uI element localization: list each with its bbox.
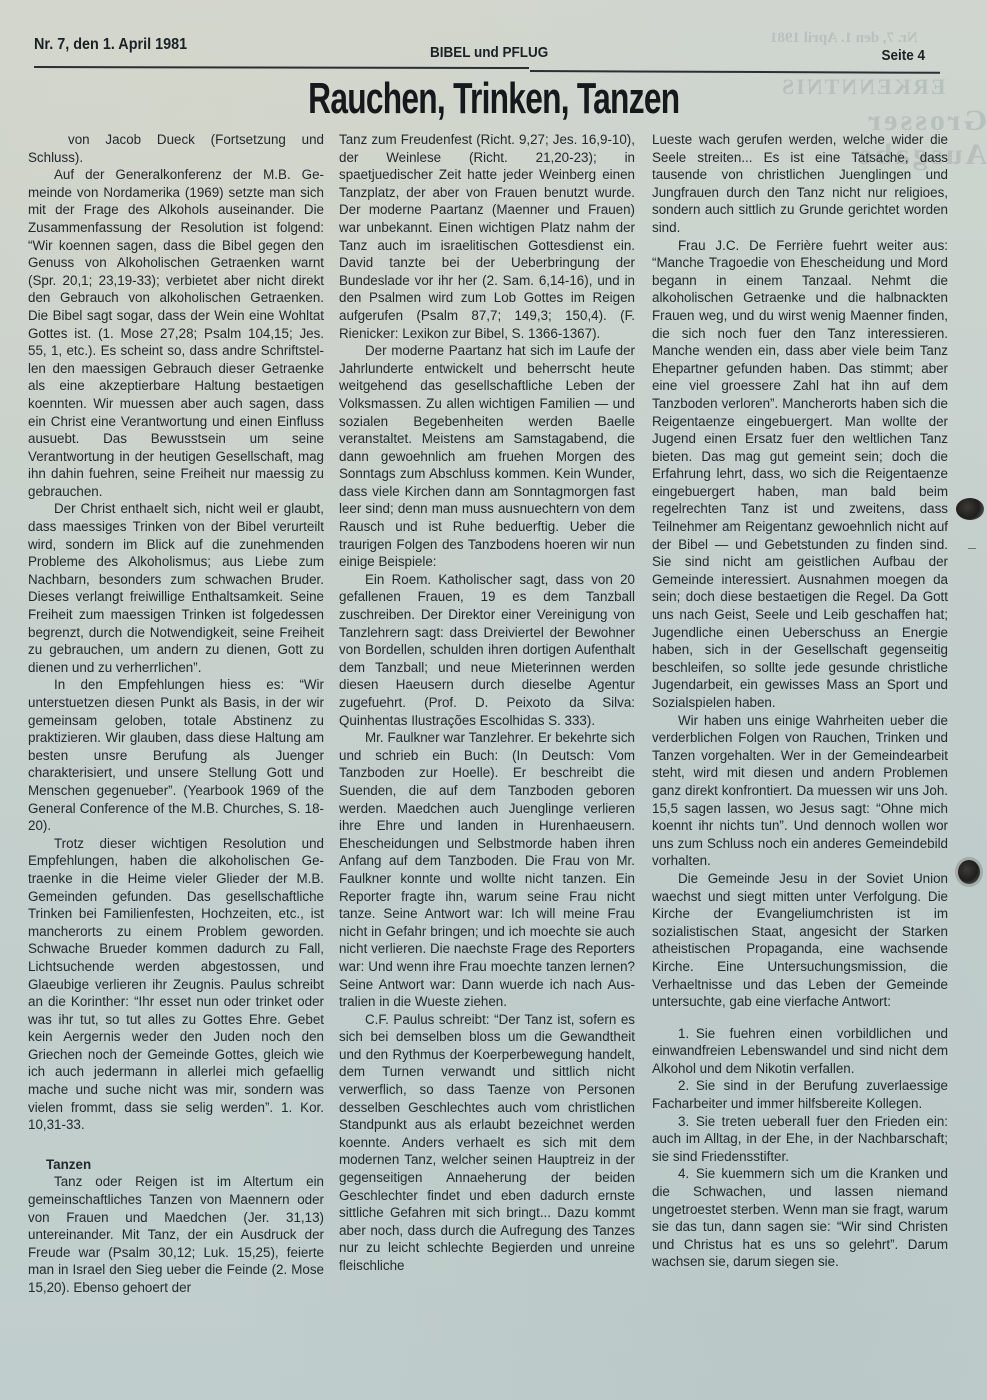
paragraph: 1. Sie fuehren einen vorbildlichen und e… bbox=[652, 1025, 948, 1078]
publication-name: BIBEL und PFLUG bbox=[430, 44, 548, 61]
punch-hole bbox=[958, 860, 980, 884]
author-byline: von Jacob Dueck (Fortsetzung und Schluss… bbox=[28, 131, 324, 166]
article-title: Rauchen, Trinken, Tanzen bbox=[0, 74, 987, 124]
paragraph: Tanz oder Reigen ist im Altertum ein gem… bbox=[28, 1173, 324, 1296]
paragraph: In den Empfehlungen hiess es: “Wir unter… bbox=[28, 676, 324, 834]
paragraph: Auf der Generalkonferenz der M.B. Ge­mei… bbox=[28, 166, 324, 500]
paragraph: Frau J.C. De Ferrière fuehrt weiter aus:… bbox=[652, 237, 948, 712]
newspaper-page: Nr. 7, den 1. April 1981 ERKENNTNIS Gros… bbox=[0, 0, 987, 1400]
section-heading: Tanzen bbox=[46, 1156, 324, 1174]
paragraph: 2. Sie sind in der Berufung zuverlaessi­… bbox=[652, 1077, 948, 1112]
masthead: Nr. 7, den 1. April 1981 BIBEL und PFLUG… bbox=[34, 36, 853, 70]
paragraph: Mr. Faulkner war Tanzlehrer. Er bekehrte… bbox=[339, 729, 635, 1011]
page-number: Seite 4 bbox=[881, 47, 925, 64]
paragraph: Ein Roem. Katholischer sagt, dass von 20… bbox=[339, 571, 635, 729]
paragraph: Lueste wach gerufen werden, welche wider… bbox=[652, 131, 948, 237]
paragraph-spacer bbox=[652, 1011, 948, 1025]
paragraph: 3. Sie treten ueberall fuer den Frieden … bbox=[652, 1113, 948, 1166]
paragraph: 4. Sie kuemmern sich um die Kranken und … bbox=[652, 1165, 948, 1271]
fold-mark bbox=[968, 548, 976, 549]
article-column-1: von Jacob Dueck (Fortsetzung und Schluss… bbox=[28, 131, 324, 1297]
paragraph: Trotz dieser wichtigen Resolution und Em… bbox=[28, 835, 324, 1134]
article-title-text: Rauchen, Trinken, Tanzen bbox=[308, 74, 679, 124]
article-column-3: Lueste wach gerufen werden, welche wider… bbox=[652, 131, 948, 1271]
paragraph: Der Christ enthaelt sich, nicht weil er … bbox=[28, 500, 324, 676]
punch-hole bbox=[956, 498, 984, 520]
paragraph: Die Gemeinde Jesu in der Soviet Union wa… bbox=[652, 870, 948, 1011]
issue-date: Nr. 7, den 1. April 1981 bbox=[34, 36, 187, 54]
paragraph: Wir haben uns einige Wahrheiten ueber di… bbox=[652, 712, 948, 870]
paragraph: Der moderne Paartanz hat sich im Laufe d… bbox=[339, 342, 635, 571]
paragraph: C.F. Paulus schreibt: “Der Tanz ist, so­… bbox=[339, 1011, 635, 1275]
paragraph: Tanz zum Freudenfest (Richt. 9,27; Jes. … bbox=[339, 131, 635, 342]
article-column-2: Tanz zum Freudenfest (Richt. 9,27; Jes. … bbox=[339, 131, 635, 1275]
